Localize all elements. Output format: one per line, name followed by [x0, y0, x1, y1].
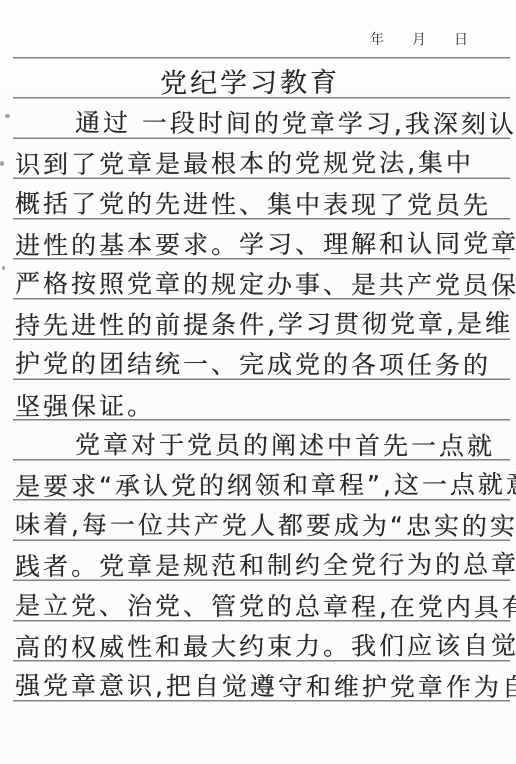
notebook-page: 年 月 日 党纪学习教育 通过 一段时间的党章学习,我深刻认 识到了党章是最根本…: [0, 0, 516, 764]
scan-smudge: [2, 266, 5, 270]
day-label: 日: [454, 29, 469, 49]
line-text: 坚强保证。: [15, 393, 155, 420]
line-text: 践者。党章是规范和制约全党行为的总章程,: [15, 552, 516, 580]
handwritten-line: 是立党、治党、管党的总章程,在党内具有最: [15, 579, 507, 621]
line-text: 党章对于党员的阐述中首先一点就: [75, 432, 495, 459]
handwritten-line: 护党的团结统一、完成党的各项任务的: [15, 337, 507, 379]
line-text: 味着,每一位共产党人都要成为“忠实的实: [15, 512, 516, 540]
line-text: 持先进性的前提条件,学习贯彻党章,是维: [15, 311, 513, 339]
handwritten-line: 通过 一段时间的党章学习,我深刻认: [15, 96, 516, 138]
essay-title-text: 党纪学习教育: [160, 70, 340, 98]
handwritten-line: 坚强保证。: [15, 378, 507, 420]
line-text: 强党章意识,把自觉遵守和维护党章作为自: [15, 673, 516, 701]
handwritten-line: 味着,每一位共产党人都要成为“忠实的实: [15, 498, 507, 540]
handwritten-line: 识到了党章是最根本的党规党法,集中: [15, 136, 507, 178]
essay-title: 党纪学习教育: [160, 57, 340, 98]
line-text: 通过 一段时间的党章学习,我深刻认: [75, 110, 516, 138]
line-text: 高的权威性和最大约束力。我们应该自觉增: [15, 633, 516, 661]
line-text: 进性的基本要求。学习、理解和认同党章,: [15, 231, 516, 259]
month-label: 月: [412, 29, 427, 49]
line-text: 概括了党的先进性、集中表现了党员先: [15, 191, 491, 219]
handwritten-line: 党章对于党员的阐述中首先一点就: [15, 418, 516, 460]
handwritten-line: 是要求“承认党的纲领和章程”,这一点就意: [15, 458, 507, 500]
line-text: 严格按照党章的规定办事、是共产党员保: [15, 271, 516, 299]
handwritten-line: 践者。党章是规范和制约全党行为的总章程,: [15, 538, 507, 580]
handwritten-line: 持先进性的前提条件,学习贯彻党章,是维: [15, 297, 507, 339]
date-header: 年 月 日: [370, 29, 469, 49]
handwritten-line: 严格按照党章的规定办事、是共产党员保: [15, 257, 507, 299]
line-text: 识到了党章是最根本的党规党法,集中: [15, 150, 474, 178]
line-text: 是要求“承认党的纲领和章程”,这一点就意: [15, 472, 516, 500]
line-text: 是立党、治党、管党的总章程,在党内具有最: [15, 593, 516, 621]
handwritten-line: 强党章意识,把自觉遵守和维护党章作为自: [15, 659, 507, 701]
scan-smudge: [0, 161, 4, 166]
line-text: 护党的团结统一、完成党的各项任务的: [15, 351, 491, 379]
handwritten-line: 进性的基本要求。学习、理解和认同党章,: [15, 217, 507, 259]
handwritten-line: 高的权威性和最大约束力。我们应该自觉增: [15, 619, 507, 661]
handwritten-line: 概括了党的先进性、集中表现了党员先: [15, 177, 507, 219]
year-label: 年: [370, 29, 385, 49]
scan-smudge: [5, 114, 10, 118]
